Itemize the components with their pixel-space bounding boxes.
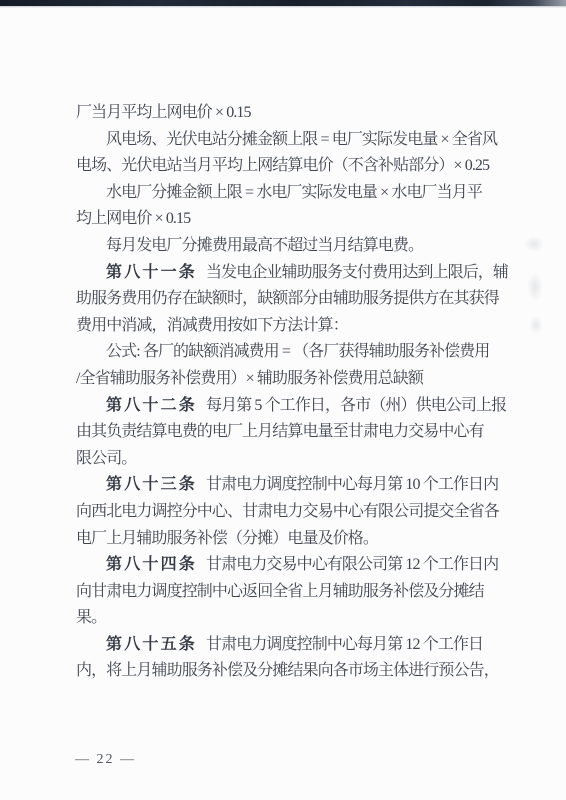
text-line: 公式: 各厂的缺额消减费用 = （各厂获得辅助服务补偿费用	[76, 339, 502, 366]
text-line: 助服务费用仍存在缺额时，缺额部分由辅助服务提供方在其获得	[76, 286, 502, 313]
article-number: 第八十五条	[106, 636, 197, 653]
text-line: 均上网电价 × 0.15	[76, 206, 502, 233]
document-text: 厂当月平均上网电价 × 0.15风电场、光伏电站分摊金额上限 = 电厂实际发电量…	[76, 100, 502, 685]
line-text: 甘肃电力调度控制中心每月第 10 个工作日内	[206, 476, 498, 493]
article-number: 第八十三条	[106, 476, 197, 493]
text-line: 费用中消减，消减费用按如下方法计算：	[76, 313, 502, 340]
text-line: 每月发电厂分摊费用最高不超过当月结算电费。	[76, 233, 502, 260]
document-page: 厂当月平均上网电价 × 0.15风电场、光伏电站分摊金额上限 = 电厂实际发电量…	[0, 0, 566, 800]
text-line: 第八十一条当发电企业辅助服务支付费用达到上限后，辅	[76, 260, 502, 287]
text-line: 第八十五条甘肃电力调度控制中心每月第 12 个工作日	[76, 632, 502, 659]
page-number: — 22 —	[75, 752, 136, 768]
scan-artifact	[524, 236, 544, 252]
scan-edge-top	[0, 0, 566, 6]
text-line: 第八十三条甘肃电力调度控制中心每月第 10 个工作日内	[76, 472, 502, 499]
text-line: 电厂上月辅助服务补偿（分摊）电量及价格。	[76, 526, 502, 553]
article-number: 第八十一条	[106, 264, 197, 281]
article-number: 第八十二条	[106, 397, 197, 414]
text-line: 第八十二条每月第 5 个工作日，各市（州）供电公司上报	[76, 393, 502, 420]
line-text: 甘肃电力交易中心有限公司第 12 个工作日内	[206, 556, 498, 573]
article-number: 第八十四条	[106, 556, 197, 573]
line-text: 甘肃电力调度控制中心每月第 12 个工作日	[206, 636, 483, 653]
line-text: 当发电企业辅助服务支付费用达到上限后，辅	[206, 264, 508, 281]
text-line: 第八十四条甘肃电力交易中心有限公司第 12 个工作日内	[76, 552, 502, 579]
scan-artifact	[527, 272, 543, 302]
text-line: 水电厂分摊金额上限 = 水电厂实际发电量 × 水电厂当月平	[76, 180, 502, 207]
text-line: 限公司。	[76, 446, 502, 473]
text-line: 向甘肃电力调度控制中心返回全省上月辅助服务补偿及分摊结	[76, 579, 502, 606]
text-line: /全省辅助服务补偿费用）× 辅助服务补偿费用总缺额	[76, 366, 502, 393]
text-line: 内，将上月辅助服务补偿及分摊结果向各市场主体进行预公告，	[76, 658, 502, 685]
text-line: 果。	[76, 605, 502, 632]
text-line: 风电场、光伏电站分摊金额上限 = 电厂实际发电量 × 全省风	[76, 127, 502, 154]
line-text: 每月第 5 个工作日，各市（州）供电公司上报	[206, 397, 506, 414]
text-line: 向西北电力调控分中心、甘肃电力交易中心有限公司提交全省各	[76, 499, 502, 526]
scan-artifact	[529, 316, 543, 334]
text-line: 电场、光伏电站当月平均上网结算电价（不含补贴部分）× 0.25	[76, 153, 502, 180]
text-line: 厂当月平均上网电价 × 0.15	[76, 100, 502, 127]
text-line: 由其负责结算电费的电厂上月结算电量至甘肃电力交易中心有	[76, 419, 502, 446]
